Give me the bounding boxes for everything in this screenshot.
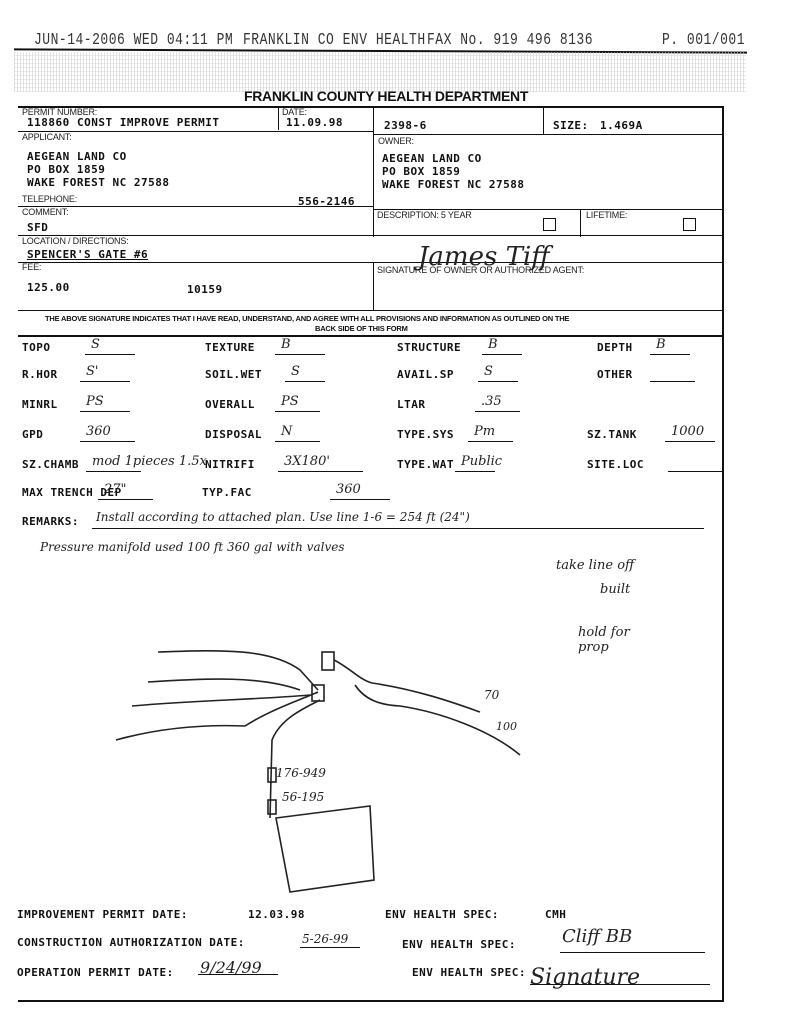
sketch-label-100: 100 bbox=[496, 720, 517, 733]
env-health-spec-label-1: ENV HEALTH SPEC: bbox=[385, 908, 499, 921]
underline bbox=[300, 935, 360, 948]
underline bbox=[560, 940, 705, 953]
construction-authorization-label: CONSTRUCTION AUTHORIZATION DATE: bbox=[17, 936, 245, 949]
env-health-spec-1: CMH bbox=[545, 908, 566, 921]
sketch-label-a: 176-949 bbox=[276, 766, 326, 780]
improvement-permit-label: IMPROVEMENT PERMIT DATE: bbox=[17, 908, 188, 921]
sketch-label-b: 56-195 bbox=[282, 790, 324, 804]
septic-site-sketch bbox=[0, 0, 791, 1024]
env-health-spec-label-2: ENV HEALTH SPEC: bbox=[402, 938, 516, 951]
underline bbox=[530, 972, 710, 985]
operation-permit-label: OPERATION PERMIT DATE: bbox=[17, 966, 174, 979]
improvement-permit-date: 12.03.98 bbox=[248, 908, 305, 921]
sketch-label-70: 70 bbox=[484, 688, 499, 702]
env-health-spec-label-3: ENV HEALTH SPEC: bbox=[412, 966, 526, 979]
underline bbox=[198, 960, 278, 975]
